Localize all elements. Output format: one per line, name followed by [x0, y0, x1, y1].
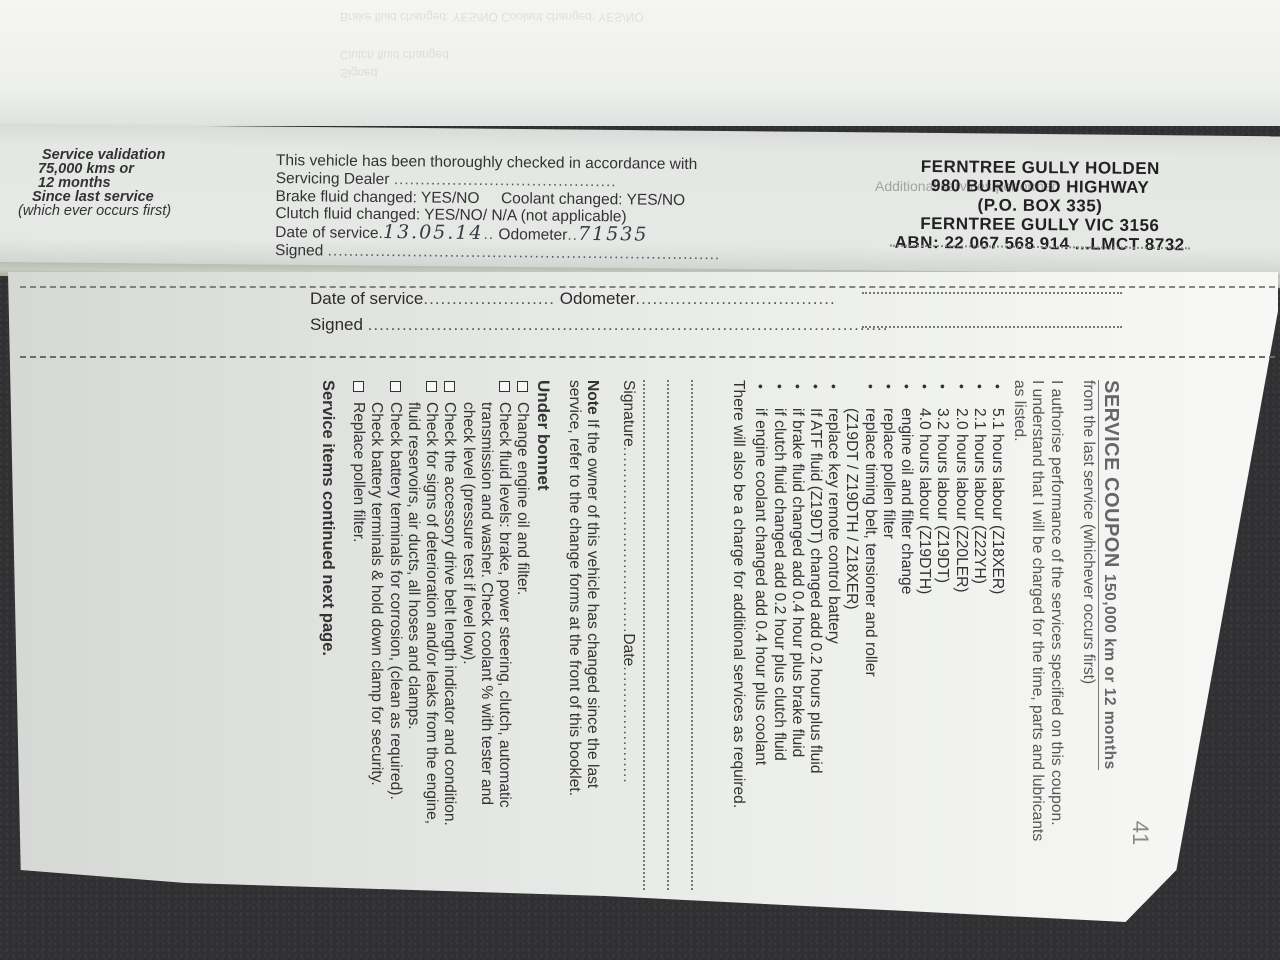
note-text: If the owner of this vehicle has changed…: [584, 415, 601, 789]
date-value[interactable]: 13.05.14: [383, 221, 484, 244]
checkbox[interactable]: [499, 381, 510, 392]
validation-line: 12 months: [18, 176, 250, 190]
checklist-item: Change engine oil and filter.: [513, 380, 531, 900]
checklist-text: Check for signs of deterioration and/or …: [422, 402, 440, 900]
additional-services-lines: [643, 380, 715, 900]
validation-line: Since last service: [18, 190, 250, 204]
coolant-field: Coolant changed: YES/NO: [501, 190, 685, 209]
tear-line-middle: [20, 356, 1275, 358]
list-item: replace key remote control battery: [824, 380, 842, 900]
checklist-text: Check battery terminals for corrosion, (…: [386, 402, 404, 900]
under-bonnet-heading: Under bonnet: [534, 380, 552, 900]
signed-field[interactable]: ........................................…: [328, 242, 721, 263]
service-items-list: 5.1 hours labour (Z18XER) 2.1 hours labo…: [751, 380, 1006, 900]
list-item: 5.1 hours labour (Z18XER): [988, 380, 1006, 900]
checkbox[interactable]: [444, 381, 455, 392]
list-item: If ATF fluid (Z19DT) changed add 0.2 hou…: [806, 380, 824, 900]
checkbox[interactable]: [426, 381, 437, 392]
signature-label: Signature: [620, 380, 637, 447]
checklist-item: Check for signs of deterioration and/or …: [404, 380, 440, 900]
completed-service-form: This vehicle has been thoroughly checked…: [275, 152, 896, 266]
signature-date-label: Date: [620, 633, 637, 666]
main-signed-field[interactable]: ........................................…: [368, 315, 889, 334]
validation-line: Service validation: [18, 148, 250, 162]
auth-line: I authorise performance of the services …: [1046, 380, 1064, 900]
signature-field[interactable]: ...................................: [620, 447, 637, 634]
signature-date-field[interactable]: ......................: [620, 666, 637, 783]
additional-charge-note: There will also be a charge for addition…: [729, 380, 747, 900]
service-coupon: SERVICE COUPON 150,000 km or 12 months f…: [319, 380, 1120, 900]
checklist-text: Check fluid levels: brake, power steerin…: [495, 402, 513, 900]
tear-line-top: [20, 286, 1275, 288]
validation-line: (which ever occurs first): [18, 204, 250, 218]
ghost-text-line: Clutch fluid changed: [340, 48, 449, 62]
dealer-stamp: FERNTREE GULLY HOLDEN 980 BURWOOD HIGHWA…: [850, 156, 1231, 254]
checklist-item: Check fluid levels: brake, power steerin…: [458, 380, 513, 900]
note-text: service, refer to the change forms at th…: [564, 380, 582, 900]
main-date-odometer-row: Date of service....................... O…: [310, 289, 836, 309]
coupon-title: SERVICE COUPON: [1100, 380, 1122, 568]
checklist-text: fluid reservoirs, air ducts, all hoses a…: [404, 402, 422, 900]
checklist-text: Check the accessory drive belt length in…: [440, 402, 458, 900]
service-validation-notice: Service validation 75,000 kms or 12 mont…: [18, 148, 250, 218]
list-item: if brake fluid changed add 0.4 hour plus…: [788, 380, 806, 900]
coupon-subtitle: from the last service (whichever occurs …: [1079, 380, 1097, 900]
main-signed-label: Signed: [310, 315, 363, 334]
checklist-text: check level (pressure test if level low)…: [458, 402, 476, 900]
additional-service-field[interactable]: [667, 380, 691, 890]
checklist-text: transmission and washer. Check coolant %…: [477, 402, 495, 900]
authorisation-text: I authorise performance of the services …: [1010, 380, 1065, 900]
list-item-text: (Z19DT / Z19DTH / Z18XER): [843, 408, 860, 610]
auth-line: I understand that I will be charged for …: [1028, 380, 1046, 900]
servicing-dealer-field[interactable]: ........................................…: [394, 171, 617, 190]
coupon-interval: 150,000 km or 12 months: [1101, 574, 1118, 770]
signed-label: Signed: [275, 242, 323, 259]
coupon-title-row: SERVICE COUPON 150,000 km or 12 months: [1098, 380, 1120, 770]
checkbox[interactable]: [390, 381, 401, 392]
main-odometer-label: Odometer: [560, 289, 636, 308]
list-item-text: replace timing belt, tensioner and rolle…: [862, 408, 879, 677]
odometer-value[interactable]: 71535: [578, 223, 649, 246]
main-date-label: Date of service: [310, 289, 423, 308]
brake-fluid-field: Brake fluid changed: YES/NO: [275, 188, 479, 207]
checklist-text: Replace pollen filter.: [349, 402, 367, 900]
checklist-item: Check battery terminals for corrosion, (…: [367, 380, 403, 900]
previous-page-reverse: Brake fluid changed: YES/NO Coolant chan…: [0, 0, 1280, 126]
validation-line: 75,000 kms or: [18, 162, 250, 176]
checkbox[interactable]: [353, 381, 364, 392]
list-item: replace pollen filter: [879, 380, 897, 900]
note-label: Note: [584, 380, 601, 415]
date-label: Date of service.: [275, 224, 383, 242]
list-item: 3.2 hours labour (Z19DT): [933, 380, 951, 900]
list-item: engine oil and filter change: [897, 380, 915, 900]
list-item: 2.0 hours labour (Z20LER): [951, 380, 969, 900]
main-right-field-2[interactable]: [862, 326, 1122, 328]
additional-service-field[interactable]: [643, 380, 667, 890]
ghost-text-line: Brake fluid changed: YES/NO Coolant chan…: [340, 10, 644, 24]
checklist-item: Replace pollen filter.: [349, 380, 367, 900]
list-item: if clutch fluid changed add 0.2 hour plu…: [769, 380, 787, 900]
list-item: replace timing belt, tensioner and rolle…: [842, 380, 878, 900]
auth-line: as listed.: [1010, 380, 1028, 900]
odometer-label: Odometer: [498, 226, 567, 244]
list-item: 2.1 hours labour (Z22YH): [970, 380, 988, 900]
dealer-abn: ABN: 22 067 568 914 ...LMCT 8732: [850, 232, 1230, 254]
main-date-field[interactable]: .......................: [423, 289, 555, 308]
continued-next-page: Service items continued next page.: [319, 380, 337, 900]
checklist-text: Change engine oil and filter.: [513, 402, 531, 900]
owner-change-note: Note If the owner of this vehicle has ch…: [564, 380, 600, 900]
list-item: if engine coolant changed add 0.4 hour p…: [751, 380, 769, 900]
ghost-text-line: Signed: [340, 66, 377, 80]
checklist-item: Check the accessory drive belt length in…: [440, 380, 458, 900]
list-item: 4.0 hours labour (Z19DTH): [915, 380, 933, 900]
main-right-field-1[interactable]: [862, 292, 1122, 294]
page-number: 41: [1127, 821, 1153, 845]
main-signed-row: Signed .................................…: [310, 315, 888, 335]
under-bonnet-checklist: Change engine oil and filter. Check flui…: [349, 380, 531, 900]
additional-service-field[interactable]: [691, 380, 715, 890]
signature-row: Signature...............................…: [619, 380, 637, 900]
servicing-dealer-label: Servicing Dealer: [276, 170, 390, 188]
checkbox[interactable]: [517, 381, 528, 392]
checklist-text: Check battery terminals & hold down clam…: [367, 402, 385, 900]
main-odometer-field[interactable]: ...................................: [635, 289, 835, 308]
